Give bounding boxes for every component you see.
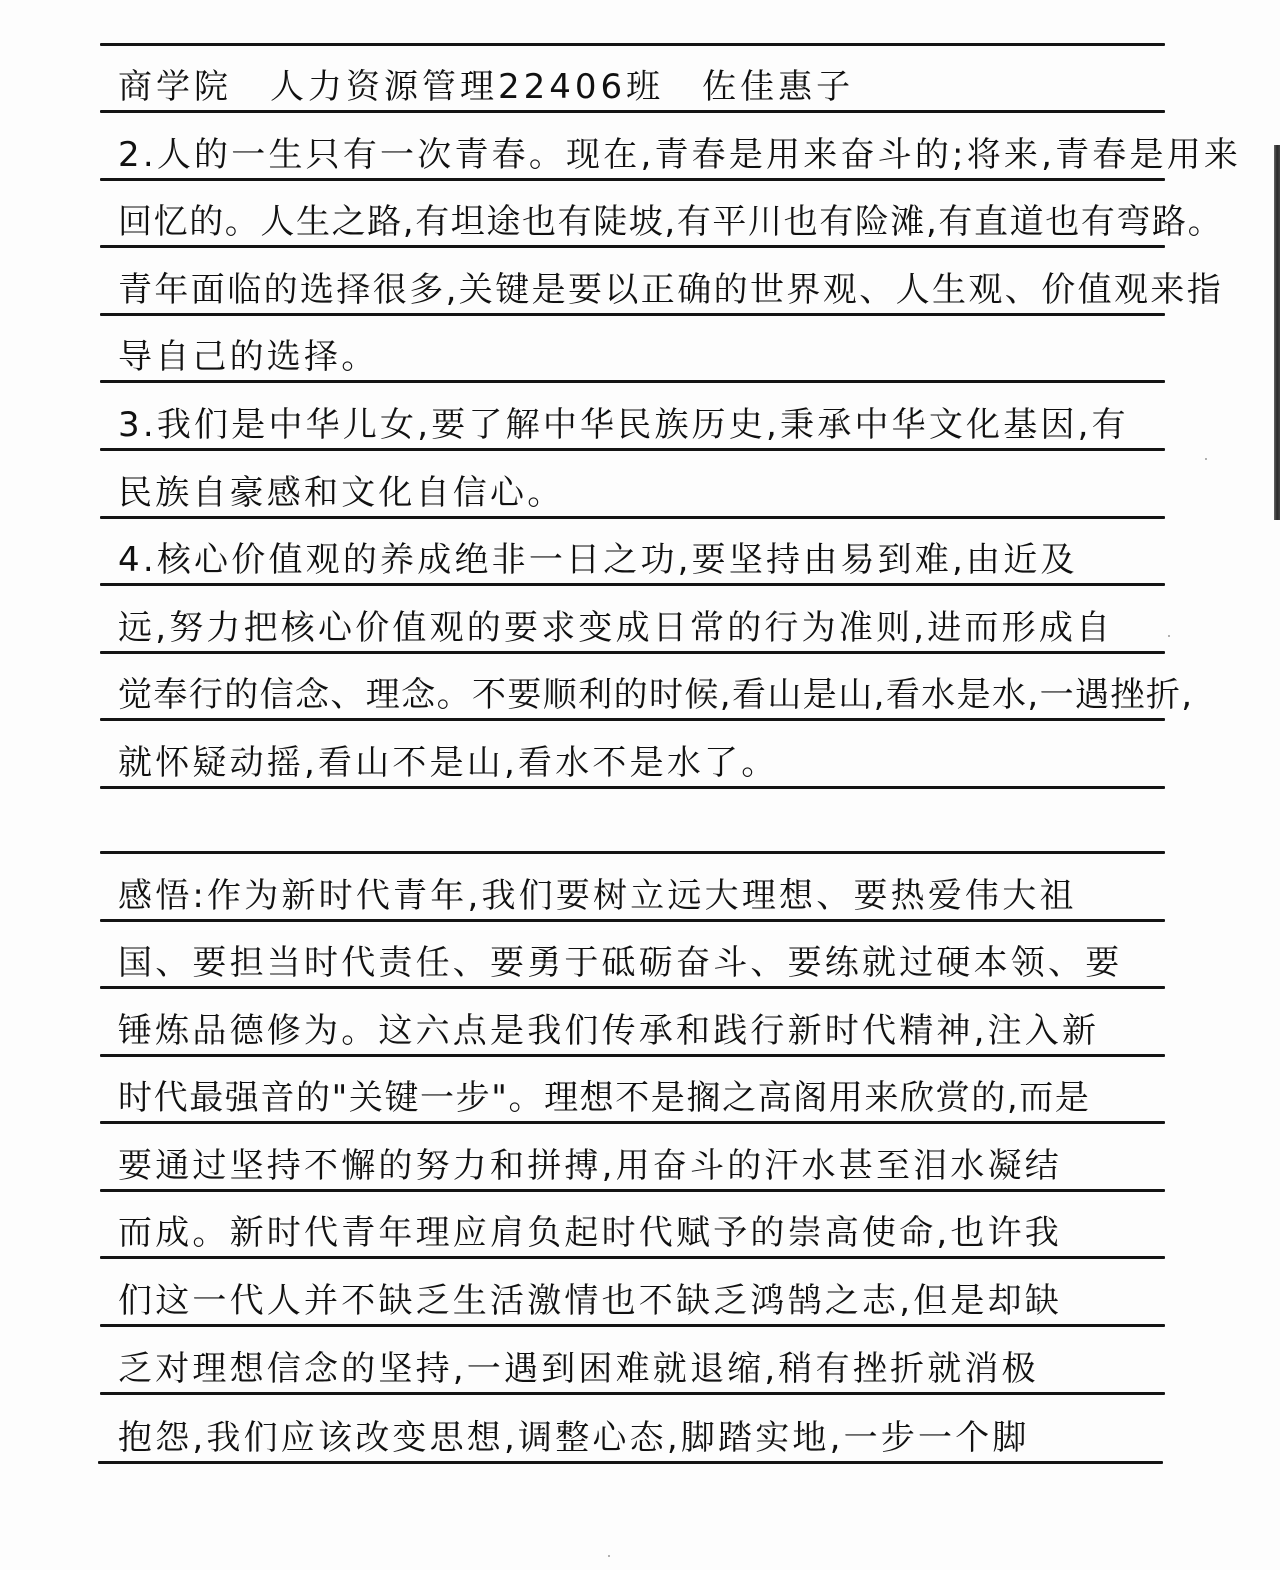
header-line: 商学院 人力资源管理22406班 佐佳惠子 — [118, 62, 1168, 112]
ruled-line — [100, 1054, 1165, 1057]
page-edge-shadow — [1274, 145, 1280, 520]
text-line: 而成。新时代青年理应肩负起时代赋予的崇高使命,也许我 — [118, 1208, 1168, 1258]
text-line: 要通过坚持不懈的努力和拼搏,用奋斗的汗水甚至泪水凝结 — [118, 1141, 1168, 1191]
separator-rule — [100, 851, 1165, 854]
reflection-line: 感悟:作为新时代青年,我们要树立远大理想、要热爱伟大祖 — [118, 871, 1168, 921]
text-line: 国、要担当时代责任、要勇于砥砺奋斗、要练就过硬本领、要 — [118, 938, 1168, 988]
text-line: 回忆的。人生之路,有坦途也有陡坡,有平川也有险滩,有直道也有弯路。 — [118, 197, 1168, 247]
ruled-line — [100, 718, 1165, 721]
notebook-page: 商学院 人力资源管理22406班 佐佳惠子 2.人的一生只有一次青春。现在,青春… — [0, 0, 1280, 1570]
text-line: 觉奉行的信念、理念。不要顺利的时候,看山是山,看水是水,一遇挫折, — [118, 670, 1168, 720]
text-line: 乏对理想信念的坚持,一遇到困难就退缩,稍有挫折就消极 — [118, 1344, 1168, 1394]
text-line: 青年面临的选择很多,关键是要以正确的世界观、人生观、价值观来指 — [118, 265, 1168, 315]
text-line: 抱怨,我们应该改变思想,调整心态,脚踏实地,一步一个脚 — [118, 1413, 1168, 1463]
text-line: 远,努力把核心价值观的要求变成日常的行为准则,进而形成自 — [118, 603, 1168, 653]
ruled-line — [100, 1324, 1165, 1327]
ruled-line — [100, 919, 1165, 922]
text-line: 时代最强音的"关键一步"。理想不是搁之高阁用来欣赏的,而是 — [118, 1073, 1168, 1123]
ruled-line — [100, 448, 1165, 451]
ruled-line — [100, 986, 1165, 989]
ruled-line — [100, 651, 1165, 654]
ruled-line — [98, 1461, 1163, 1464]
ruled-line — [100, 178, 1165, 181]
paper-speck — [608, 1555, 610, 1557]
ruled-line — [100, 1256, 1165, 1259]
ruled-line — [100, 313, 1165, 316]
text-line: 2.人的一生只有一次青春。现在,青春是用来奋斗的;将来,青春是用来 — [118, 130, 1168, 180]
ruled-line — [100, 583, 1165, 586]
text-line: 4.核心价值观的养成绝非一日之功,要坚持由易到难,由近及 — [118, 535, 1168, 585]
top-rule — [100, 43, 1165, 46]
ruled-line — [100, 786, 1165, 789]
text-line: 们这一代人并不缺乏生活激情也不缺乏鸿鹄之志,但是却缺 — [118, 1276, 1168, 1326]
ruled-line — [100, 1189, 1165, 1192]
text-line: 锤炼品德修为。这六点是我们传承和践行新时代精神,注入新 — [118, 1006, 1168, 1056]
ruled-line — [100, 110, 1165, 113]
text-line: 3.我们是中华儿女,要了解中华民族历史,秉承中华文化基因,有 — [118, 400, 1168, 450]
ruled-line — [100, 245, 1165, 248]
ruled-line — [100, 1121, 1165, 1124]
text-line: 导自己的选择。 — [118, 332, 1168, 382]
paper-speck — [1205, 458, 1207, 460]
ruled-line — [100, 380, 1165, 383]
ruled-line — [100, 1392, 1165, 1395]
ruled-line — [100, 516, 1165, 519]
text-line: 就怀疑动摇,看山不是山,看水不是水了。 — [118, 738, 1168, 788]
text-line: 民族自豪感和文化自信心。 — [118, 468, 1168, 518]
paper-speck — [1168, 635, 1170, 637]
